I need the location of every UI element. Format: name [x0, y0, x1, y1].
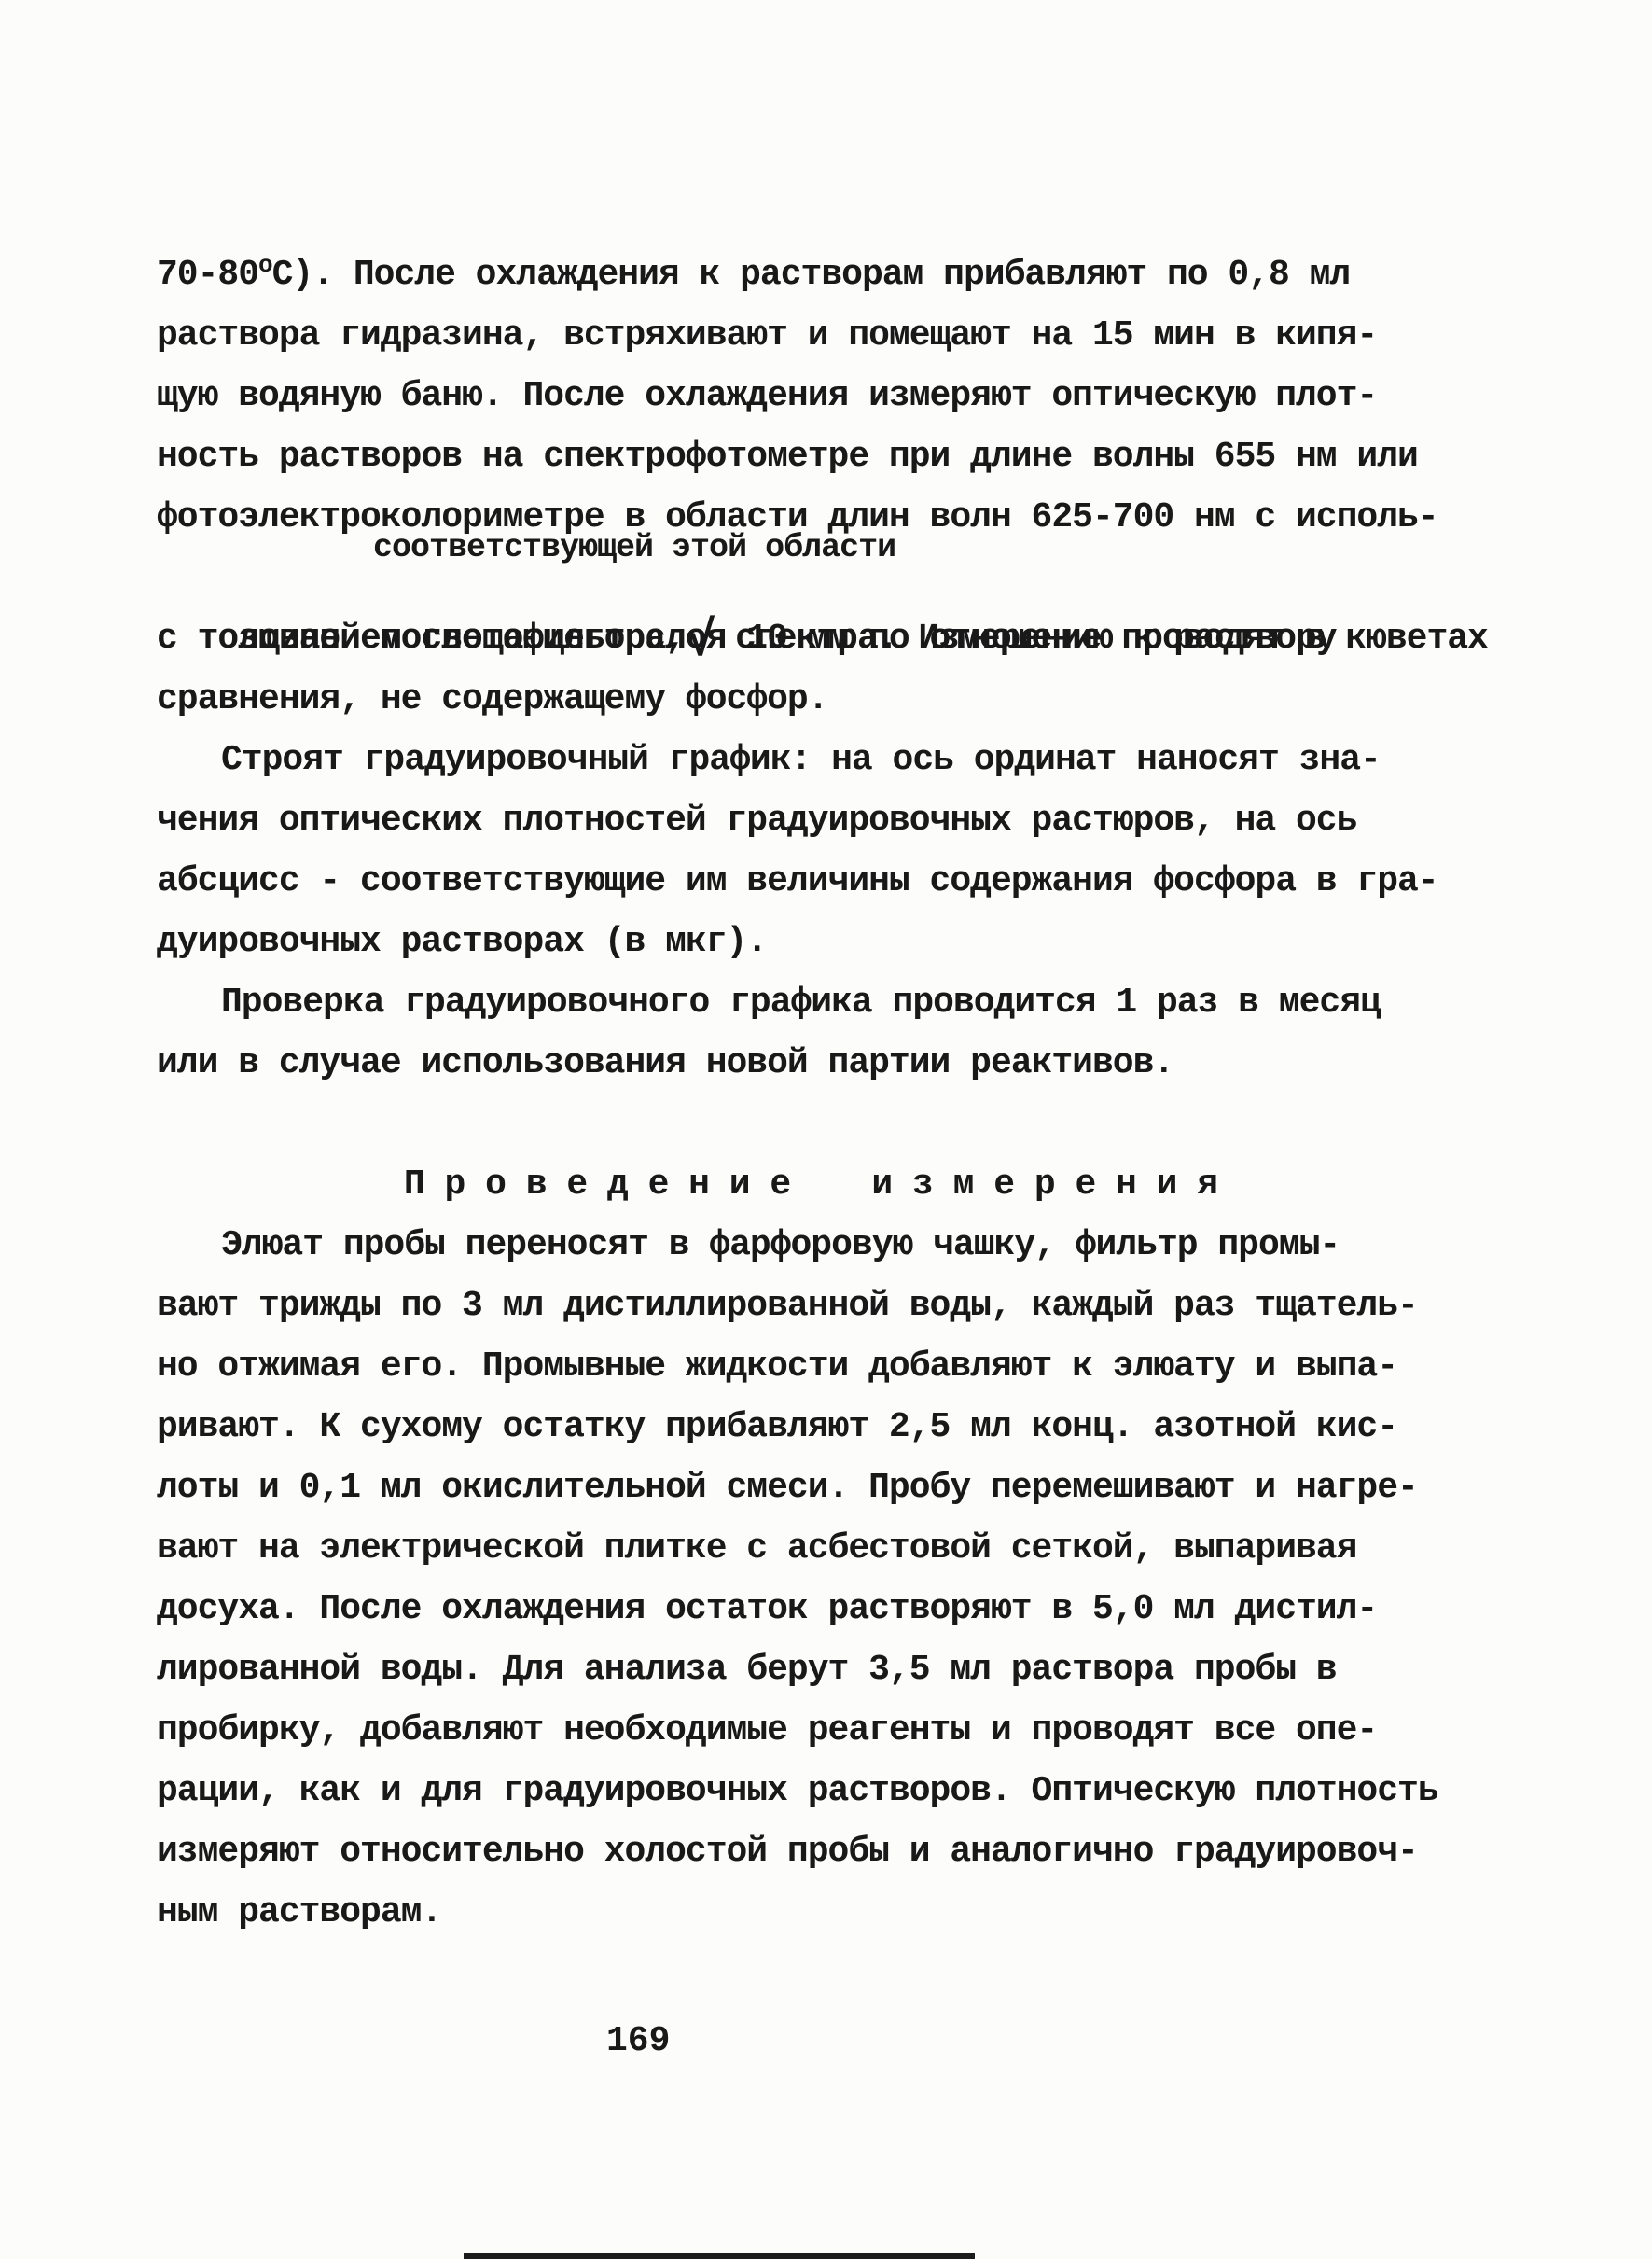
text-line: лоты и 0,1 мл окислительной смеси. Пробу…: [157, 1457, 1465, 1518]
text-run: С). После охлаждения к растворам прибавл…: [272, 255, 1351, 295]
text-run: спектра. Измерение проводят в кюветах: [715, 619, 1488, 659]
text-run: зованием светофильтра,: [238, 619, 686, 659]
text-line: щую водяную баню. После охлаждения измер…: [157, 366, 1465, 426]
text-line: лированной воды. Для анализа берут 3,5 м…: [157, 1639, 1465, 1700]
text-line-with-insertion: соответствующей этой областизованием све…: [157, 548, 1465, 608]
text-line: вают на электрической плитке с асбестово…: [157, 1518, 1465, 1579]
text-line: раствора гидразина, встряхивают и помеща…: [157, 305, 1465, 366]
text-line: дуировочных растворах (в мкг).: [157, 912, 1465, 972]
text-line: досуха. После охлаждения остаток раствор…: [157, 1579, 1465, 1639]
degree-superscript: о: [258, 235, 272, 296]
text-line: абсцисс - соответствующие им величины со…: [157, 851, 1465, 912]
scanned-document-page: { "document": { "line_01": { "pre": "70-…: [0, 0, 1652, 2259]
text-line: сравнения, не содержащему фосфор.: [157, 669, 1465, 730]
paragraph-start-line: Строят градуировочный график: на ось орд…: [157, 730, 1465, 790]
text-line: пробирку, добавляют необходимые реагенты…: [157, 1700, 1465, 1761]
paragraph-start-line: Элюат пробы переносят в фарфоровую чашку…: [157, 1215, 1465, 1276]
page-number: 169: [606, 2021, 670, 2062]
text-line: ривают. К сухому остатку прибавляют 2,5 …: [157, 1397, 1465, 1457]
text-line: рации, как и для градуировочных растворо…: [157, 1761, 1465, 1821]
text-run: 70-80: [157, 255, 258, 295]
section-heading: П р о в е д е н и е и з м е р е н и я: [157, 1154, 1465, 1215]
blank-line: [157, 1094, 1465, 1154]
text-line: ным растворам.: [157, 1882, 1465, 1943]
scan-edge-artifact: [464, 2253, 975, 2259]
text-line: 70-80оС). После охлаждения к растворам п…: [157, 244, 1465, 305]
paragraph-start-line: Проверка градуировочного графика проводи…: [157, 972, 1465, 1033]
text-line: чения оптических плотностей градуировочн…: [157, 790, 1465, 851]
text-line: вают трижды по 3 мл дистиллированной вод…: [157, 1276, 1465, 1336]
inserted-correction-line: соответствующей этой области: [373, 531, 895, 565]
text-line: но отжимая его. Промывные жидкости добав…: [157, 1336, 1465, 1397]
text-line: ность растворов на спектрофотометре при …: [157, 426, 1465, 487]
text-line: или в случае использования новой партии …: [157, 1033, 1465, 1094]
typewritten-text-block: 70-80оС). После охлаждения к растворам п…: [157, 244, 1465, 1943]
text-line: измеряют относительно холостой пробы и а…: [157, 1821, 1465, 1882]
